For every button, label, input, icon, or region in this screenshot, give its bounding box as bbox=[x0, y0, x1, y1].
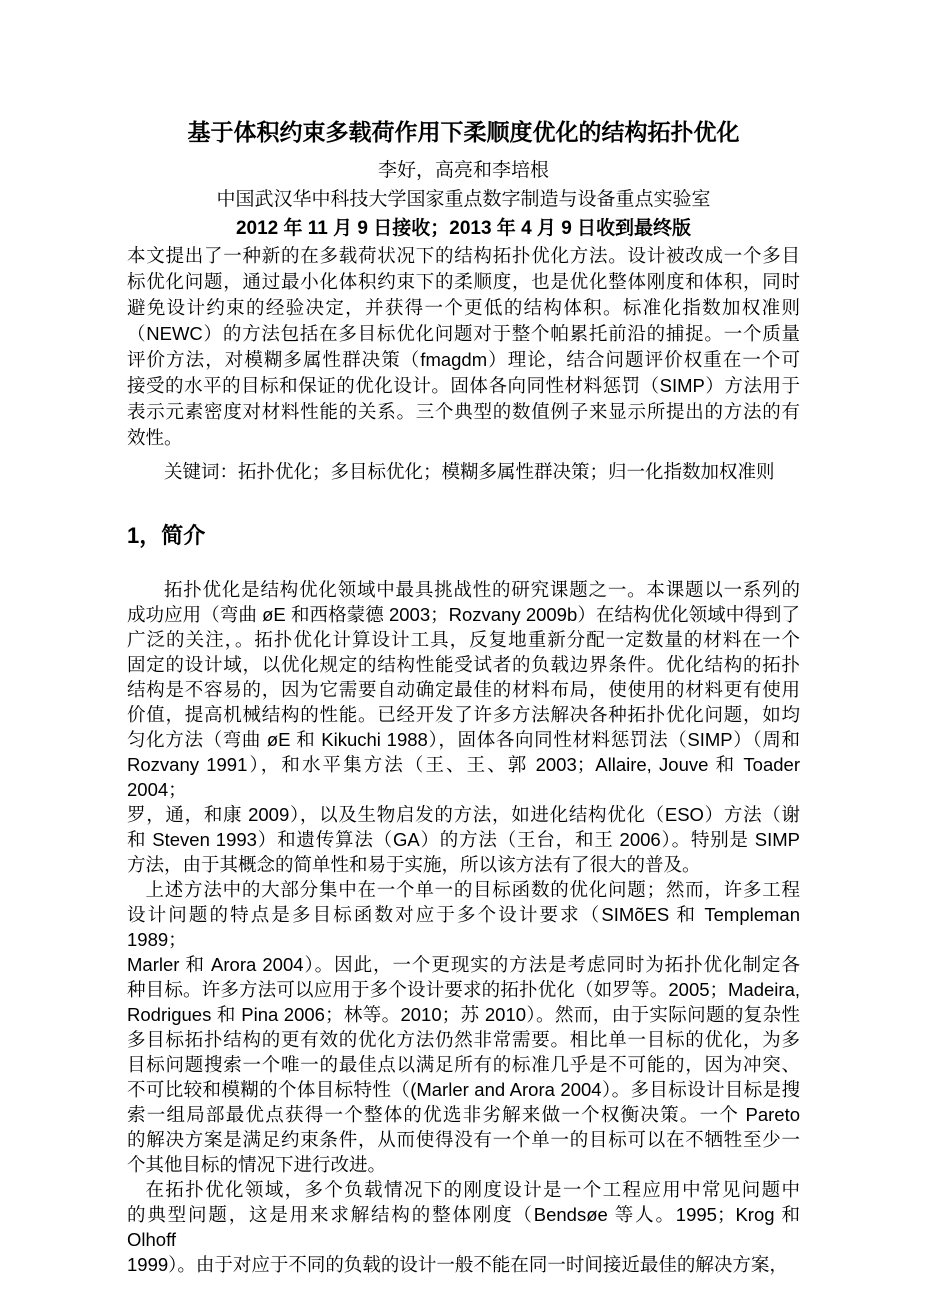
intro-paragraph-3: 在拓扑优化领域，多个负载情况下的刚度设计是一个工程应用中常见问题中的典型问题，这… bbox=[127, 1177, 800, 1277]
text-line: 1999）。由于对应于不同的负载的设计一般不能在同一时间接近最佳的解决方案， bbox=[127, 1252, 800, 1277]
text-line: 种目标。许多方法可以应用于多个设计要求的拓扑优化（如罗等。2005；Madeir… bbox=[127, 977, 800, 1002]
text-line: 接受的水平的目标和保证的优化设计。固体各向同性材料惩罚（SIMP）方法用于 bbox=[127, 373, 800, 399]
text-line: 不可比较和模糊的个体目标特性（(Marler and Arora 2004）。多… bbox=[127, 1077, 800, 1102]
text-line: 效性。 bbox=[127, 425, 800, 451]
text-line: 方法，由于其概念的简单性和易于实施，所以该方法有了很大的普及。 bbox=[127, 852, 800, 877]
text-line: 的解决方案是满足约束条件，从而使得没有一个单一的目标可以在不牺牲至少一 bbox=[127, 1127, 800, 1152]
document-page: 基于体积约束多载荷作用下柔顺度优化的结构拓扑优化 李好，高亮和李培根 中国武汉华… bbox=[0, 0, 926, 1309]
keywords-line: 关键词：拓扑优化；多目标优化；模糊多属性群决策；归一化指数加权准则 bbox=[127, 459, 800, 485]
text-line: 表示元素密度对材料性能的关系。三个典型的数值例子来显示所提出的方法的有 bbox=[127, 399, 800, 425]
text-line: 和 Steven 1993）和遗传算法（GA）的方法（王台，和王 2006）。特… bbox=[127, 827, 800, 852]
text-line: 设计问题的特点是多目标函数对应于多个设计要求（SIMõES 和 Templema… bbox=[127, 902, 800, 952]
text-line: Marler 和 Arora 2004）。因此，一个更现实的方法是考虑同时为拓扑… bbox=[127, 952, 800, 977]
text-line: 目标问题搜索一个唯一的最佳点以满足所有的标准几乎是不可能的，因为冲突、 bbox=[127, 1052, 800, 1077]
text-line: 固定的设计域，以优化规定的结构性能受试者的负载边界条件。优化结构的拓扑 bbox=[127, 652, 800, 677]
text-line: 在拓扑优化领域，多个负载情况下的刚度设计是一个工程应用中常见问题中 bbox=[127, 1177, 800, 1202]
text-line: 的典型问题，这是用来求解结构的整体刚度（Bendsøe 等人。1995；Krog… bbox=[127, 1202, 800, 1252]
date-line: 2012 年 11 月 9 日接收；2013 年 4 月 9 日收到最终版 bbox=[127, 214, 800, 243]
text-line: 本文提出了一种新的在多载荷状况下的结构拓扑优化方法。设计被改成一个多目 bbox=[127, 243, 800, 269]
text-line: 标优化问题，通过最小化体积约束下的柔顺度，也是优化整体刚度和体积，同时 bbox=[127, 269, 800, 295]
text-line: 匀化方法（弯曲 øE 和 Kikuchi 1988），固体各向同性材料惩罚法（S… bbox=[127, 727, 800, 752]
section-1-heading: 1，简介 bbox=[127, 521, 800, 551]
text-line: 价值，提高机械结构的性能。已经开发了许多方法解决各种拓扑优化问题，如均 bbox=[127, 702, 800, 727]
text-line: 索一组局部最优点获得一个整体的优选非劣解来做一个权衡决策。一个 Pareto bbox=[127, 1102, 800, 1127]
text-line: Rodrigues 和 Pina 2006；林等。2010；苏 2010）。然而… bbox=[127, 1002, 800, 1027]
authors-line: 李好，高亮和李培根 bbox=[127, 156, 800, 185]
text-line: Rozvany 1991），和水平集方法（王、王、郭 2003；Allaire,… bbox=[127, 752, 800, 802]
text-line: 上述方法中的大部分集中在一个单一的目标函数的优化问题；然而，许多工程 bbox=[127, 877, 800, 902]
text-line: 结构是不容易的，因为它需要自动确定最佳的材料布局，使使用的材料更有使用 bbox=[127, 677, 800, 702]
intro-paragraph-2: 上述方法中的大部分集中在一个单一的目标函数的优化问题；然而，许多工程设计问题的特… bbox=[127, 877, 800, 1177]
text-line: 罗，通，和康 2009），以及生物启发的方法，如进化结构优化（ESO）方法（谢 bbox=[127, 802, 800, 827]
affiliation-line: 中国武汉华中科技大学国家重点数字制造与设备重点实验室 bbox=[127, 185, 800, 214]
abstract-paragraph: 本文提出了一种新的在多载荷状况下的结构拓扑优化方法。设计被改成一个多目标优化问题… bbox=[127, 243, 800, 451]
text-line: 评价方法，对模糊多属性群决策（fmagdm）理论，结合问题评价权重在一个可 bbox=[127, 347, 800, 373]
text-line: 避免设计约束的经验决定，并获得一个更低的结构体积。标准化指数加权准则 bbox=[127, 295, 800, 321]
text-line: 成功应用（弯曲 øE 和西格蒙德 2003；Rozvany 2009b）在结构优… bbox=[127, 602, 800, 627]
intro-paragraph-1: 拓扑优化是结构优化领域中最具挑战性的研究课题之一。本课题以一系列的成功应用（弯曲… bbox=[127, 577, 800, 877]
text-line: （NEWC）的方法包括在多目标优化问题对于整个帕累托前沿的捕捉。一个质量 bbox=[127, 321, 800, 347]
text-line: 拓扑优化是结构优化领域中最具挑战性的研究课题之一。本课题以一系列的 bbox=[127, 577, 800, 602]
text-line: 广泛的关注，。拓扑优化计算设计工具，反复地重新分配一定数量的材料在一个 bbox=[127, 627, 800, 652]
text-line: 个其他目标的情况下进行改进。 bbox=[127, 1152, 800, 1177]
paper-title: 基于体积约束多载荷作用下柔顺度优化的结构拓扑优化 bbox=[127, 116, 800, 148]
text-line: 多目标拓扑结构的更有效的优化方法仍然非常需要。相比单一目标的优化，为多 bbox=[127, 1027, 800, 1052]
